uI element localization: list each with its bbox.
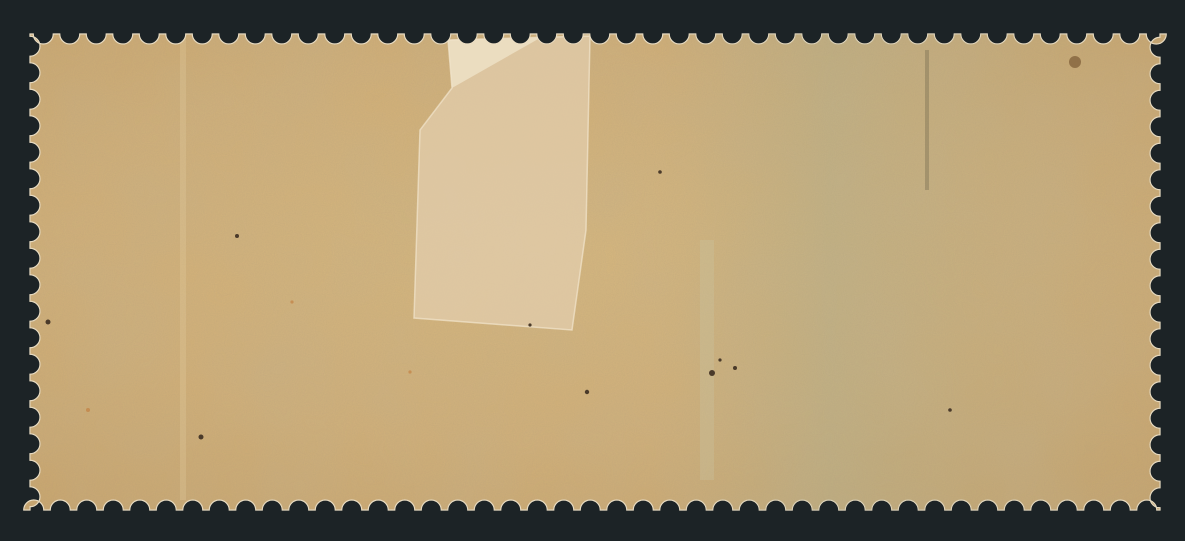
stamp-back	[0, 0, 1185, 541]
stamp-photo	[0, 0, 1185, 541]
